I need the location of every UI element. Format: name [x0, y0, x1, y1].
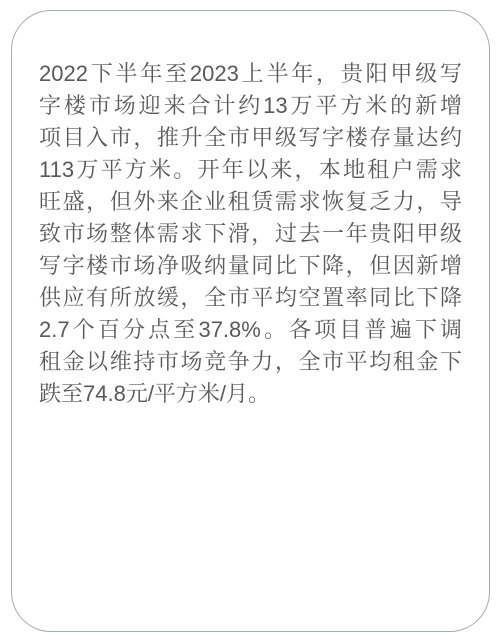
page: 2022下半年至2023上半年，贵阳甲级写 字楼市场迎来合计约13万平方米的新增… [0, 0, 500, 641]
report-card: 2022下半年至2023上半年，贵阳甲级写 字楼市场迎来合计约13万平方米的新增… [11, 10, 490, 632]
paragraph-line: 2.7个百分点至37.8%。各项目普遍下调 [39, 314, 462, 346]
paragraph-line: 租金以维持市场竞争力，全市平均租金下 [39, 346, 462, 378]
market-summary-paragraph: 2022下半年至2023上半年，贵阳甲级写 字楼市场迎来合计约13万平方米的新增… [39, 58, 462, 410]
paragraph-line: 旺盛，但外来企业租赁需求恢复乏力，导 [39, 186, 462, 218]
paragraph-line: 致市场整体需求下滑，过去一年贵阳甲级 [39, 218, 462, 250]
paragraph-line: 跌至74.8元/平方米/月。 [39, 378, 462, 410]
paragraph-line: 2022下半年至2023上半年，贵阳甲级写 [39, 58, 462, 90]
paragraph-line: 供应有所放缓，全市平均空置率同比下降 [39, 282, 462, 314]
paragraph-line: 113万平方米。开年以来，本地租户需求 [39, 154, 462, 186]
paragraph-line: 写字楼市场净吸纳量同比下降，但因新增 [39, 250, 462, 282]
paragraph-line: 项目入市，推升全市甲级写字楼存量达约 [39, 122, 462, 154]
paragraph-line: 字楼市场迎来合计约13万平方米的新增 [39, 90, 462, 122]
